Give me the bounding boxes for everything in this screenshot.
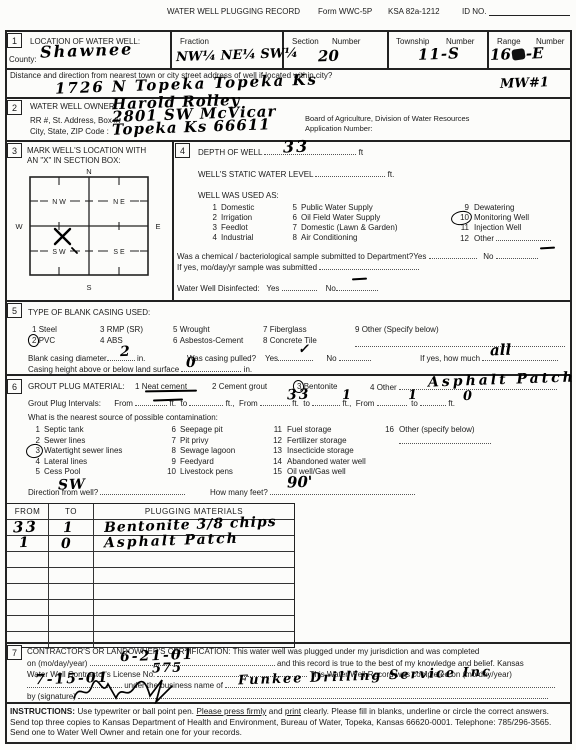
section-4-number: 4 bbox=[175, 143, 190, 158]
township-value-handwritten: 11-S bbox=[418, 46, 460, 62]
section-value-handwritten: 20 bbox=[318, 49, 339, 65]
option-label: Fuel storage bbox=[287, 425, 331, 434]
instructions-underlined-text: print bbox=[285, 706, 301, 716]
contamination-column-1: 1Septic tank 2Sewer lines 3Watertight se… bbox=[30, 425, 122, 478]
well-use-option-monitoring-circled: 10Monitoring Well bbox=[455, 213, 551, 223]
from-cell bbox=[7, 584, 48, 599]
to-cell bbox=[48, 632, 93, 647]
casing-option: 6 Asbestos-Cement bbox=[173, 336, 243, 345]
option-label: Steel bbox=[39, 325, 57, 334]
option-number: 7 bbox=[287, 223, 297, 233]
to-column-header: TO bbox=[48, 504, 93, 519]
application-number-label: Application Number: bbox=[305, 124, 373, 133]
option-label: Watertight sewer lines bbox=[44, 446, 122, 455]
option-number: 16 bbox=[380, 425, 394, 435]
option-number: 7 bbox=[263, 325, 267, 334]
contamination-column-3: 11Fuel storage 12Fertilizer storage 13In… bbox=[268, 425, 366, 478]
option-label: PVC bbox=[39, 336, 55, 345]
option-label: Pit privy bbox=[180, 436, 208, 445]
option-number: 4 bbox=[100, 336, 104, 345]
section-box-map: N S W E N W N E S W S E bbox=[14, 166, 166, 296]
well-used-as-label: WELL WAS USED AS: bbox=[198, 191, 279, 200]
static-water-level-row: WELL'S STATIC WATER LEVEL ft. bbox=[198, 169, 394, 179]
from-cell bbox=[7, 568, 48, 583]
chemical-sample-question: Was a chemical / bacteriological sample … bbox=[177, 252, 413, 261]
casing-option: 3 RMP (SR) bbox=[100, 325, 143, 334]
option-label: Other (Specify below) bbox=[362, 325, 439, 334]
id-no-label: ID NO. bbox=[462, 7, 486, 16]
yes-blank bbox=[282, 283, 317, 291]
option-number: 1 bbox=[207, 203, 217, 213]
instructions-underlined-text: Please press firmly bbox=[196, 706, 266, 716]
casing-option: 5 Wrought bbox=[173, 325, 210, 334]
casing-option-pvc-circled: 2 PVC bbox=[32, 336, 55, 345]
option-label: Monitoring Well bbox=[474, 213, 529, 222]
to-cell bbox=[48, 584, 93, 599]
no-blank bbox=[336, 283, 378, 291]
option-number-circled: 10 bbox=[455, 213, 469, 223]
option-number: 6 bbox=[173, 336, 177, 345]
contamination-column-2: 6Seepage pit 7Pit privy 8Sewage lagoon 9… bbox=[166, 425, 235, 478]
casing-option: 7 Fiberglass bbox=[263, 325, 307, 334]
contamination-option: 13Insecticide storage bbox=[268, 446, 366, 457]
no-blank bbox=[496, 251, 538, 259]
material-cell bbox=[93, 600, 294, 615]
well-use-column-1: 1Domestic 2Irrigation 3Feedlot 4Industri… bbox=[207, 203, 254, 243]
table-row: 1 0 Asphalt Patch bbox=[7, 535, 294, 551]
no-label: No bbox=[326, 284, 336, 293]
option-number: 9 bbox=[166, 457, 176, 467]
to-value-handwritten: 0 bbox=[61, 537, 71, 551]
contamination-column-4: 16Other (specify below) bbox=[380, 425, 491, 446]
section-6-number: 6 bbox=[7, 379, 22, 394]
interval-3-from-handwritten: 1 bbox=[408, 389, 417, 402]
option-label: Other (specify below) bbox=[399, 425, 475, 434]
from-label: From bbox=[114, 399, 133, 408]
county-value-handwritten: Shawnee bbox=[40, 41, 134, 60]
option-number: 10 bbox=[166, 467, 176, 477]
contamination-option: 15Oil well/Gas well bbox=[268, 467, 366, 478]
contamination-other-blank-row bbox=[380, 436, 491, 447]
county-label: County: bbox=[9, 55, 37, 64]
quadrant-ne-label: N E bbox=[113, 199, 125, 206]
section-3-number: 3 bbox=[7, 143, 22, 158]
disinfected-row: Water Well Disinfected: Yes No bbox=[177, 283, 378, 293]
interval-blank bbox=[189, 398, 223, 406]
option-number: 12 bbox=[268, 436, 282, 446]
casing-height-row: Casing height above or below land surfac… bbox=[28, 364, 252, 374]
option-label: Septic tank bbox=[44, 425, 84, 434]
other-casing-blank bbox=[355, 339, 565, 347]
well-use-option: 1Domestic bbox=[207, 203, 254, 213]
material-cell bbox=[93, 584, 294, 599]
casing-used-title: TYPE OF BLANK CASING USED: bbox=[28, 308, 150, 317]
no-label: No bbox=[326, 354, 336, 363]
option-number: 4 bbox=[370, 383, 374, 392]
option-label: Irrigation bbox=[221, 213, 252, 222]
option-number: 6 bbox=[166, 425, 176, 435]
contamination-other-blank bbox=[399, 436, 491, 444]
contamination-option: 9Feedyard bbox=[166, 457, 235, 468]
section-label: Section bbox=[292, 37, 319, 46]
option-number: 8 bbox=[287, 233, 297, 243]
id-no-blank-line bbox=[489, 15, 570, 16]
contamination-option: 10Livestock pens bbox=[166, 467, 235, 478]
casing-option: 9 Other (Specify below) bbox=[355, 325, 439, 334]
section-number-label: Number bbox=[332, 37, 360, 46]
quadrant-sw-label: S W bbox=[52, 249, 66, 256]
option-label: Fertilizer storage bbox=[287, 436, 347, 445]
option-number: 5 bbox=[173, 325, 177, 334]
option-label: Domestic bbox=[221, 203, 254, 212]
table-row bbox=[7, 615, 294, 631]
contamination-option: 7Pit privy bbox=[166, 436, 235, 447]
material-cell bbox=[93, 632, 294, 647]
owner-label: WATER WELL OWNER: bbox=[30, 102, 117, 111]
to-cell: 1 bbox=[48, 520, 93, 535]
license-number-handwritten: 575 bbox=[152, 661, 183, 675]
option-label: Insecticide storage bbox=[287, 446, 354, 455]
interval-2-from-handwritten: 33 bbox=[287, 388, 311, 403]
yes-label: Yes bbox=[266, 284, 279, 293]
to-cell bbox=[48, 552, 93, 567]
city-state-zip-label: City, State, ZIP Code : bbox=[30, 127, 109, 136]
option-label: Wrought bbox=[180, 325, 210, 334]
direction-from-well-row: Direction from well? bbox=[28, 487, 185, 497]
grout-intervals-label: Grout Plug Intervals: bbox=[28, 399, 101, 408]
instructions-text: and bbox=[269, 706, 283, 716]
option-number: 11 bbox=[268, 425, 282, 435]
feet-value-handwritten: 90' bbox=[287, 475, 313, 491]
contamination-option: 6Seepage pit bbox=[166, 425, 235, 436]
divider-line bbox=[5, 97, 570, 99]
option-number: 2 bbox=[212, 382, 216, 391]
divider-line bbox=[5, 300, 570, 302]
interval-2-to-handwritten: 1 bbox=[342, 389, 351, 402]
ft-label: ft. bbox=[448, 399, 455, 408]
grout-material-title: GROUT PLUG MATERIAL: bbox=[28, 382, 125, 391]
option-label: Public Water Supply bbox=[301, 203, 373, 212]
option-number: 7 bbox=[166, 436, 176, 446]
instructions-paragraph: INSTRUCTIONS: Use typewriter or ball poi… bbox=[10, 706, 566, 738]
grout-option: 2 Cement grout bbox=[212, 382, 267, 391]
ksa-statute: KSA 82a-1212 bbox=[388, 7, 440, 16]
option-label: RMP (SR) bbox=[107, 325, 143, 334]
contamination-option-other: 16Other (specify below) bbox=[380, 425, 491, 436]
divider-line bbox=[487, 30, 489, 68]
option-label: Other bbox=[474, 234, 494, 243]
option-label: Lateral lines bbox=[44, 457, 87, 466]
option-label: Fiberglass bbox=[270, 325, 307, 334]
quadrant-nw-label: N W bbox=[52, 199, 66, 206]
well-use-column-2: 5Public Water Supply 6Oil Field Water Su… bbox=[287, 203, 397, 243]
to-cell bbox=[48, 616, 93, 631]
grout-intervals-row: Grout Plug Intervals: From ft. to ft., F… bbox=[28, 398, 455, 408]
material-cell bbox=[93, 616, 294, 631]
contamination-question: What is the nearest source of possible c… bbox=[28, 413, 218, 422]
divider-line bbox=[5, 68, 570, 70]
from-cell bbox=[7, 552, 48, 567]
interval-3-to-handwritten: 0 bbox=[463, 390, 472, 403]
no-label: No bbox=[483, 252, 493, 261]
contamination-option: 2Sewer lines bbox=[30, 436, 122, 447]
casing-height-value-handwritten: 0 bbox=[186, 356, 196, 370]
option-number: 14 bbox=[268, 457, 282, 467]
contamination-option: 12Fertilizer storage bbox=[268, 436, 366, 447]
instructions-text: Use typewriter or ball point pen. bbox=[77, 706, 194, 716]
option-number: 6 bbox=[287, 213, 297, 223]
depth-of-well-label: DEPTH OF WELL bbox=[198, 148, 262, 157]
section-7-number: 7 bbox=[7, 645, 22, 660]
board-of-agriculture-label: Board of Agriculture, Division of Water … bbox=[305, 114, 469, 123]
to-cell: 0 bbox=[48, 536, 93, 551]
option-label: Abandoned water well bbox=[287, 457, 366, 466]
section-5-number: 5 bbox=[7, 303, 22, 318]
static-water-level-label: WELL'S STATIC WATER LEVEL bbox=[198, 170, 313, 179]
well-use-option: 12Other bbox=[455, 233, 551, 243]
other-use-blank bbox=[496, 233, 551, 241]
option-label: Oil Field Water Supply bbox=[301, 213, 380, 222]
static-level-blank bbox=[315, 169, 385, 177]
material-cell bbox=[93, 568, 294, 583]
how-much-label: If yes, how much bbox=[420, 354, 480, 363]
option-number: 8 bbox=[263, 336, 267, 345]
well-use-option: 6Oil Field Water Supply bbox=[287, 213, 397, 223]
casing-pulled-label: Was casing pulled? bbox=[187, 354, 256, 363]
table-row: 33 1 Bentonite 3/8 chips bbox=[7, 519, 294, 535]
casing-diameter-value-handwritten: 2 bbox=[120, 345, 130, 359]
compass-west-label: W bbox=[15, 222, 23, 231]
well-use-option: 9Dewatering bbox=[455, 203, 551, 213]
option-label: Domestic (Lawn & Garden) bbox=[301, 223, 397, 232]
to-value-handwritten: 1 bbox=[63, 521, 73, 535]
other-casing-blank-row bbox=[355, 339, 565, 349]
static-ft-label: ft. bbox=[388, 170, 395, 179]
how-much-value-handwritten: all bbox=[490, 343, 512, 359]
signature-scribble bbox=[68, 676, 198, 704]
form-title: WATER WELL PLUGGING RECORD bbox=[167, 7, 300, 16]
quadrant-se-label: S E bbox=[113, 249, 125, 256]
option-number: 1 bbox=[30, 425, 40, 435]
from-value-handwritten: 33 bbox=[13, 520, 38, 536]
option-label: Sewage lagoon bbox=[180, 446, 235, 455]
yes-blank bbox=[429, 251, 477, 259]
divider-line bbox=[172, 140, 174, 300]
option-label: Livestock pens bbox=[180, 467, 233, 476]
option-label: Asbestos-Cement bbox=[180, 336, 244, 345]
option-label: Concrete Tile bbox=[270, 336, 317, 345]
option-number: 8 bbox=[166, 446, 176, 456]
depth-value-handwritten: 33 bbox=[283, 139, 310, 156]
from-cell bbox=[7, 616, 48, 631]
material-value-handwritten: Asphalt Patch bbox=[104, 532, 239, 551]
section-1-number: 1 bbox=[7, 33, 22, 48]
well-use-option: 5Public Water Supply bbox=[287, 203, 397, 213]
plugging-materials-table: FROM TO PLUGGING MATERIALS 33 1 Bentonit… bbox=[6, 503, 295, 648]
option-label: Seepage pit bbox=[180, 425, 223, 434]
well-use-column-3: 9Dewatering 10Monitoring Well 11Injectio… bbox=[455, 203, 551, 243]
scribbled-out-character bbox=[511, 48, 525, 61]
chemical-sample-question-row: Was a chemical / bacteriological sample … bbox=[177, 251, 538, 261]
range-value-pre: 16 bbox=[490, 45, 511, 64]
depth-ft-label: ft bbox=[359, 148, 363, 157]
if-yes-sample-row: If yes, mo/day/yr sample was submitted bbox=[177, 262, 419, 272]
table-row bbox=[7, 583, 294, 599]
how-many-feet-label: How many feet? bbox=[210, 488, 268, 497]
contamination-option: 1Septic tank bbox=[30, 425, 122, 436]
well-use-option: 2Irrigation bbox=[207, 213, 254, 223]
to-cell bbox=[48, 600, 93, 615]
option-label: Sewer lines bbox=[44, 436, 85, 445]
from-cell: 1 bbox=[7, 536, 48, 551]
table-row bbox=[7, 631, 294, 647]
option-number: 15 bbox=[268, 467, 282, 477]
instructions-label: INSTRUCTIONS: bbox=[10, 706, 75, 716]
direction-value-handwritten: SW bbox=[58, 478, 86, 493]
option-number: 13 bbox=[268, 446, 282, 456]
if-yes-sample-label: If yes, mo/day/yr sample was submitted bbox=[177, 263, 317, 272]
yes-label: Yes bbox=[413, 252, 426, 261]
handwritten-check-mark-yes-pulled: ✓ bbox=[298, 343, 309, 356]
well-use-option: 3Feedlot bbox=[207, 223, 254, 233]
how-much-row: If yes, how much bbox=[420, 353, 558, 363]
interval-blank bbox=[377, 398, 407, 406]
from-label: From bbox=[239, 399, 258, 408]
contamination-option: 4Lateral lines bbox=[30, 457, 122, 468]
from-value-handwritten: 1 bbox=[19, 536, 29, 550]
disinfected-label: Water Well Disinfected: bbox=[177, 284, 260, 293]
contamination-option: 14Abandoned water well bbox=[268, 457, 366, 468]
in-label: in. bbox=[137, 354, 145, 363]
depth-of-well-row: DEPTH OF WELL ft bbox=[198, 147, 363, 157]
option-label: Industrial bbox=[221, 233, 253, 242]
well-use-option: 4Industrial bbox=[207, 233, 254, 243]
ft-comma-label: ft., bbox=[226, 399, 235, 408]
in-label: in. bbox=[244, 365, 252, 374]
interval-blank bbox=[260, 398, 290, 406]
from-cell: 33 bbox=[7, 520, 48, 535]
well-name-handwritten: MW#1 bbox=[500, 76, 549, 91]
mark-location-title-1: MARK WELL'S LOCATION WITH bbox=[27, 146, 146, 155]
table-row bbox=[7, 551, 294, 567]
casing-height-label: Casing height above or below land surfac… bbox=[28, 365, 179, 374]
casing-diameter-label: Blank casing diameter bbox=[28, 354, 107, 363]
well-use-option: 7Domestic (Lawn & Garden) bbox=[287, 223, 397, 233]
option-label: Injection Well bbox=[474, 223, 521, 232]
certification-text: This water well was plugged under my jur… bbox=[233, 647, 480, 656]
divider-line bbox=[387, 30, 389, 68]
compass-north-label: N bbox=[86, 167, 91, 176]
option-label: Air Conditioning bbox=[301, 233, 357, 242]
material-cell: Asphalt Patch bbox=[93, 536, 294, 551]
street-address-label: RR #, St. Address, Box #: bbox=[30, 116, 121, 125]
contamination-option: 8Sewage lagoon bbox=[166, 446, 235, 457]
divider-line bbox=[170, 30, 172, 68]
compass-east-label: E bbox=[155, 222, 160, 231]
date-plugged-label: on (mo/day/year) bbox=[27, 659, 87, 668]
certification-line-1: CONTRACTOR'S OR LANDOWNER'S CERTIFICATIO… bbox=[27, 647, 479, 656]
from-cell bbox=[7, 600, 48, 615]
interval-blank bbox=[312, 398, 340, 406]
well-use-option: 8Air Conditioning bbox=[287, 233, 397, 243]
depth-blank bbox=[264, 147, 356, 155]
table-row bbox=[7, 567, 294, 583]
option-number: 1 bbox=[135, 382, 139, 391]
range-value-post: -E bbox=[526, 44, 544, 63]
mark-location-title-2: AN "X" IN SECTION BOX: bbox=[27, 156, 121, 165]
option-number: 12 bbox=[455, 234, 469, 244]
option-number: 4 bbox=[207, 233, 217, 243]
sample-date-blank bbox=[319, 262, 419, 270]
material-cell bbox=[93, 552, 294, 567]
contamination-option-watertight-circled: 3Watertight sewer lines bbox=[30, 446, 122, 457]
compass-south-label: S bbox=[86, 283, 91, 292]
option-number-circled: 2 bbox=[32, 336, 36, 345]
option-label: Cess Pool bbox=[44, 467, 80, 476]
option-label: Feedlot bbox=[221, 223, 248, 232]
well-use-option: 11Injection Well bbox=[455, 223, 551, 233]
option-label: Feedyard bbox=[180, 457, 214, 466]
option-number: 5 bbox=[30, 467, 40, 477]
from-label: From bbox=[356, 399, 375, 408]
contamination-option: 11Fuel storage bbox=[268, 425, 366, 436]
no-blank bbox=[339, 353, 371, 361]
option-number: 5 bbox=[287, 203, 297, 213]
option-label: Cement grout bbox=[219, 382, 267, 391]
from-column-header: FROM bbox=[7, 504, 48, 519]
to-cell bbox=[48, 568, 93, 583]
option-label: Dewatering bbox=[474, 203, 514, 212]
option-number: 1 bbox=[32, 325, 36, 334]
casing-option: 1 Steel bbox=[32, 325, 57, 334]
direction-blank bbox=[100, 487, 185, 495]
casing-pulled-row: Was casing pulled? Yes No bbox=[187, 353, 371, 363]
option-number: 3 bbox=[207, 223, 217, 233]
option-label: Other bbox=[377, 383, 397, 392]
fraction-label: Fraction bbox=[180, 37, 209, 46]
range-value-handwritten: 16-E bbox=[490, 46, 544, 63]
section-2-number: 2 bbox=[7, 100, 22, 115]
water-well-plugging-record-form: WATER WELL PLUGGING RECORD Form WWC-5P K… bbox=[0, 0, 576, 750]
interval-blank bbox=[420, 398, 446, 406]
option-number: 9 bbox=[355, 325, 359, 334]
option-number-circled: 3 bbox=[30, 446, 40, 456]
yes-label: Yes bbox=[265, 354, 278, 363]
option-number: 3 bbox=[100, 325, 104, 334]
table-row bbox=[7, 599, 294, 615]
form-number: Form WWC-5P bbox=[318, 7, 372, 16]
option-number: 2 bbox=[207, 213, 217, 223]
